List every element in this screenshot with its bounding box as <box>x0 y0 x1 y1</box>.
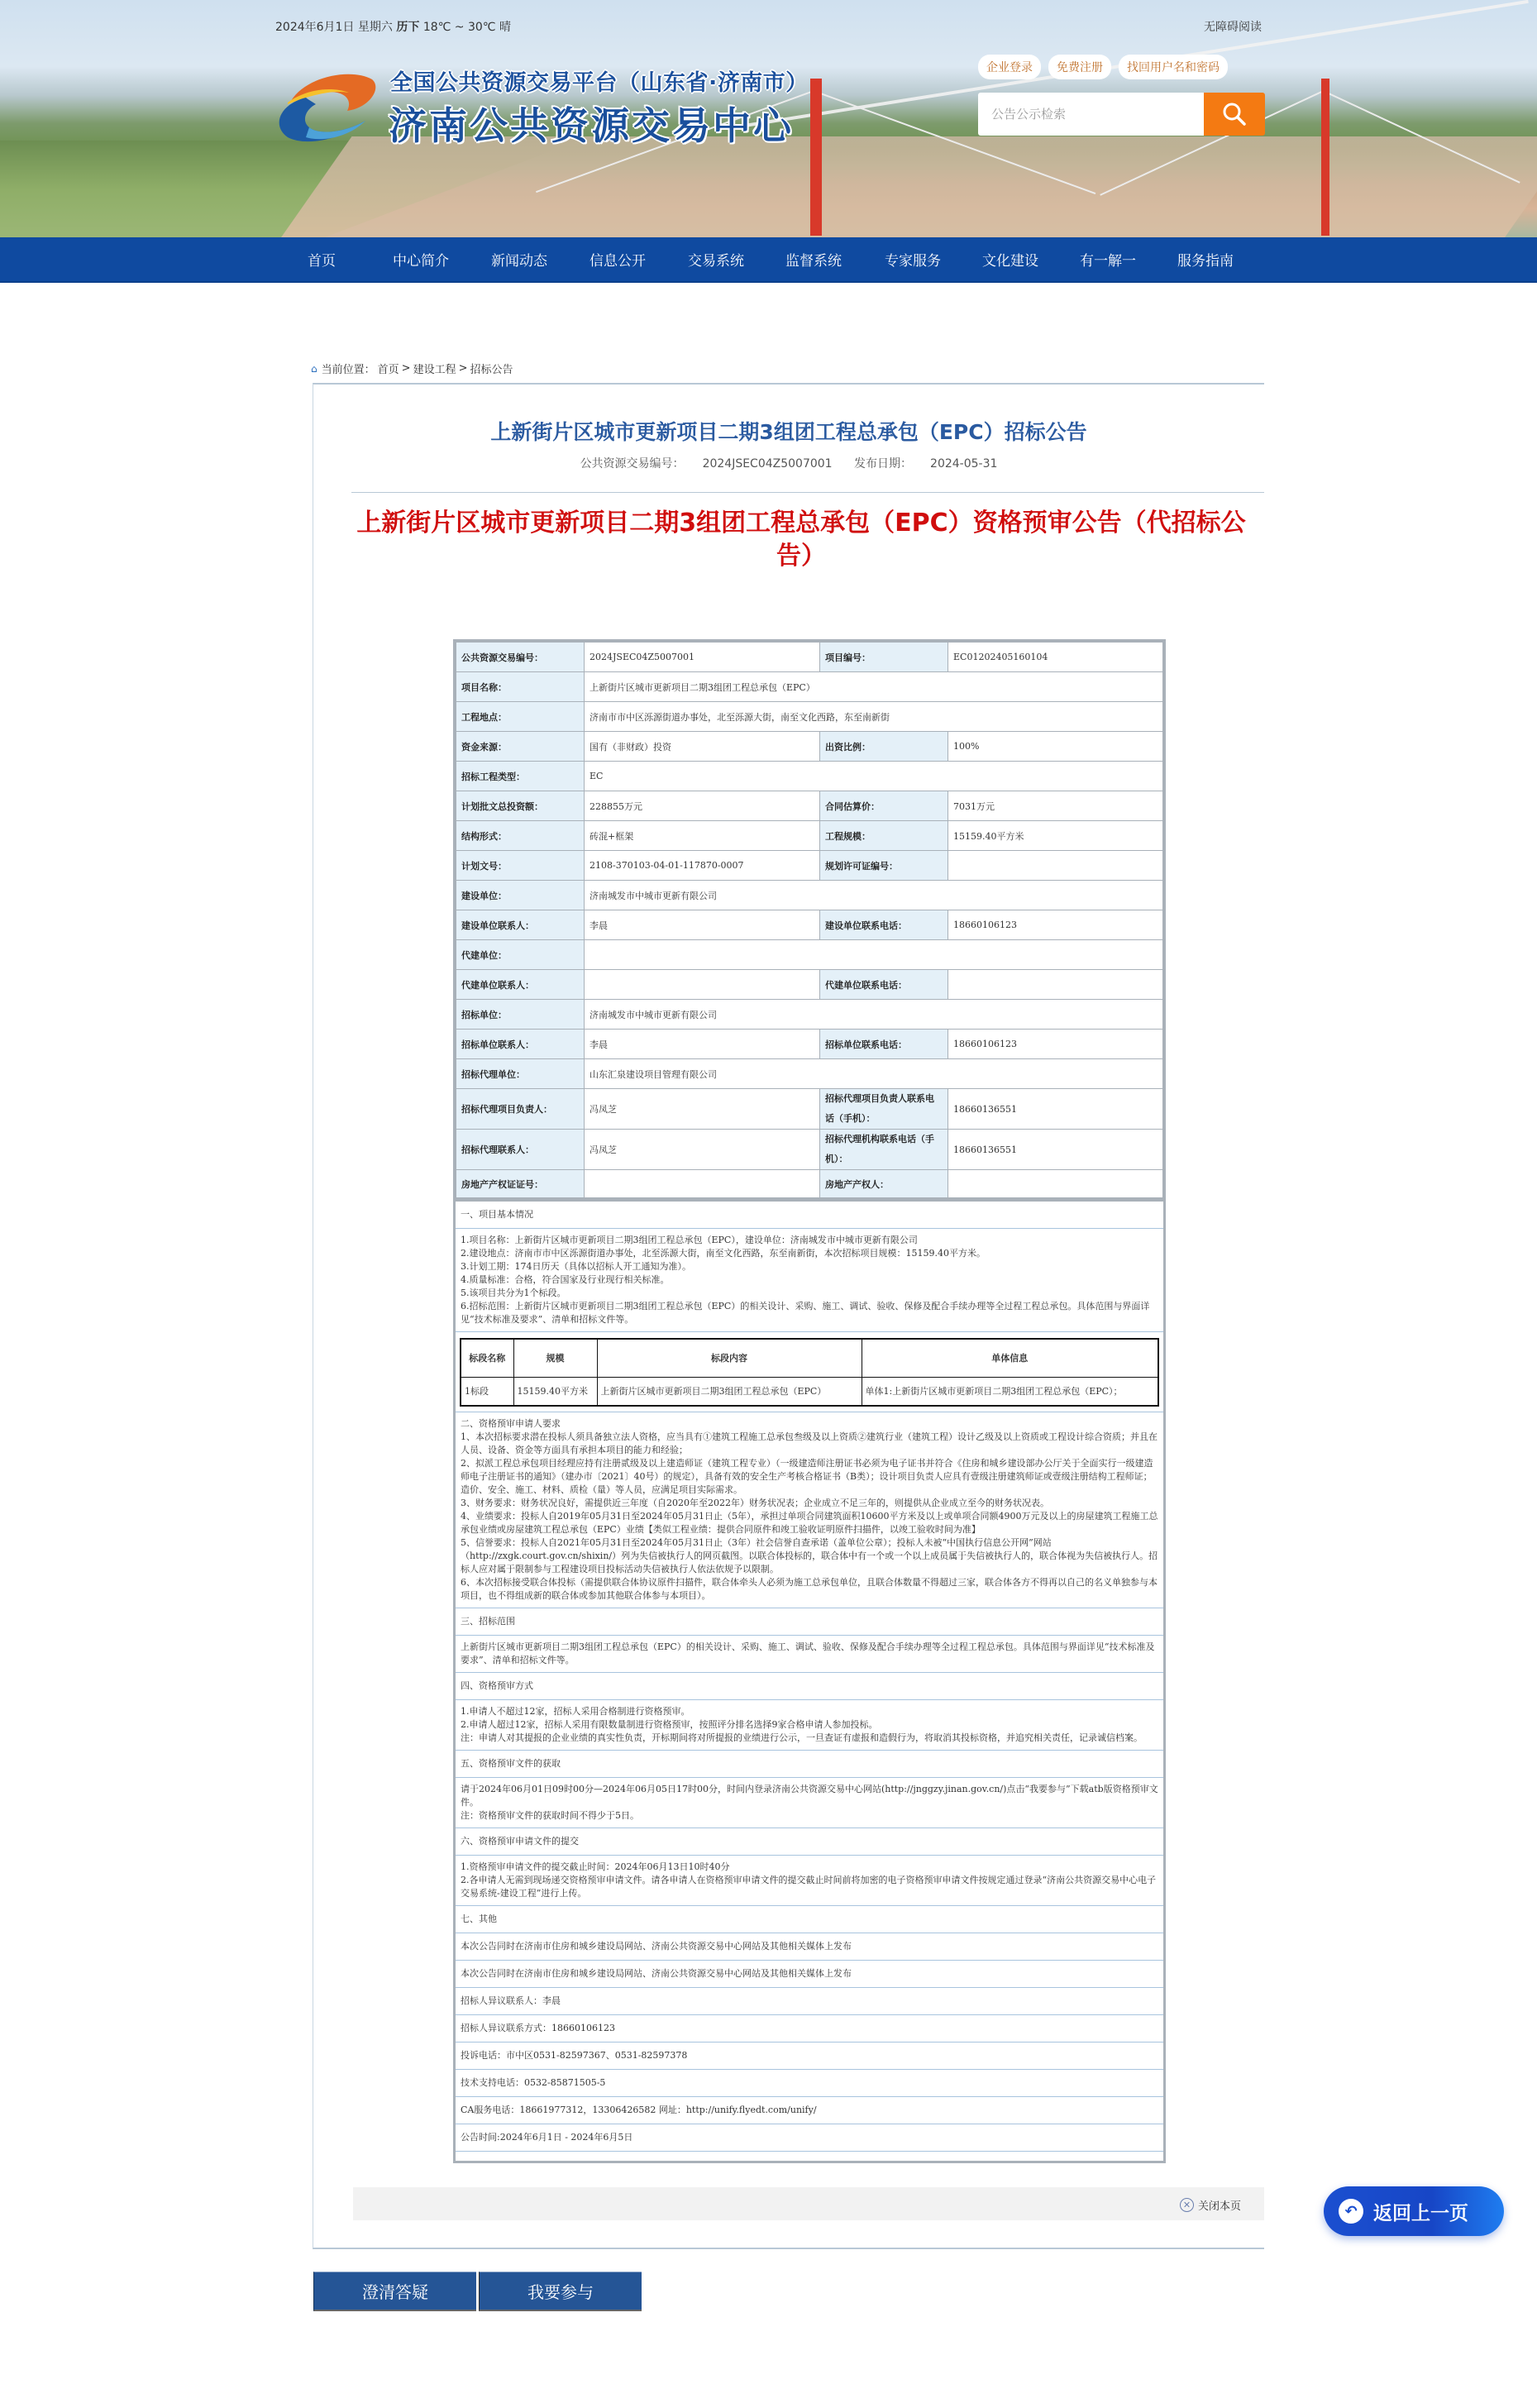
enterprise-login-link[interactable]: 企业登录 <box>978 55 1041 79</box>
header-banner: 2024年6月1日 星期六 历下 18℃ ~ 30℃ 晴 无障碍阅读 全国公共资… <box>0 0 1537 237</box>
logo-center-name: 济南公共资源交易中心 <box>389 96 794 150</box>
section-4-line: 1.申请人不超过12家，招标人采用合格制进行资格预审。 <box>461 1705 1158 1718</box>
table-row: 建设单位联系人：李晨建设单位联系电话：18660106123 <box>456 910 1163 940</box>
field-label: 招标代理机构联系电话（手机）： <box>820 1130 948 1170</box>
field-label: 招标单位联系人： <box>456 1030 585 1059</box>
bid-header-content: 标段内容 <box>597 1339 862 1377</box>
section-2-line: 1、本次招标要求潜在投标人须具备独立法人资格，应当具有①建筑工程施工总承包叁级及… <box>461 1431 1158 1457</box>
field-label: 建设单位联系电话： <box>820 910 948 940</box>
weather-info: 18℃ ~ 30℃ 晴 <box>423 21 511 34</box>
section-6-title: 六、资格预审申请文件的提交 <box>456 1827 1163 1855</box>
nav-about[interactable]: 中心简介 <box>393 249 491 270</box>
field-value: 砖混+框架 <box>585 821 820 851</box>
notice-period: 公告时间:2024年6月1日 - 2024年6月5日 <box>456 2124 1163 2151</box>
field-label: 规划许可证编号： <box>820 851 948 881</box>
section-2-line: 5、信誉要求：投标人自2021年05月31日至2024年05月31日止（3年）社… <box>461 1536 1158 1576</box>
field-value: 18660136551 <box>948 1130 1163 1170</box>
field-value: 18660106123 <box>948 910 1163 940</box>
field-label: 项目编号： <box>820 643 948 672</box>
bid-section-table: 标段名称 规模 标段内容 单体信息 1标段 15159.40平方米 上新街片区城… <box>460 1338 1159 1407</box>
field-label: 招标代理项目负责人联系电话（手机）： <box>820 1089 948 1130</box>
trade-number-value: 2024JSEC04Z5007001 <box>703 457 833 471</box>
field-label: 招标工程类型： <box>456 762 585 791</box>
bid-cell: 15159.40平方米 <box>513 1377 597 1406</box>
field-value: 228855万元 <box>585 791 820 821</box>
weather-city: 历下 <box>396 21 419 34</box>
field-label: 代建单位联系电话： <box>820 970 948 1000</box>
field-label: 房地产产权人： <box>820 1170 948 1200</box>
nav-trading-system[interactable]: 交易系统 <box>688 249 785 270</box>
section-1-line: 4.质量标准：合格，符合国家及行业现行相关标准。 <box>461 1273 1158 1287</box>
close-bar: ✕ 关闭本页 <box>353 2187 1264 2220</box>
section-6-line: 2.各申请人无需到现场递交资格预审申请文件。请各申请人在资格预审申请文件的提交截… <box>461 1874 1158 1900</box>
field-label: 项目名称： <box>456 672 585 702</box>
field-value: 15159.40平方米 <box>948 821 1163 851</box>
table-row: 招标工程类型：EC <box>456 762 1163 791</box>
auth-links: 企业登录 免费注册 找回用户名和密码 <box>978 55 1228 79</box>
notice-heading: 上新街片区城市更新项目二期3组团工程总承包（EPC）资格预审公告（代招标公告） <box>346 507 1256 573</box>
section-5-line: 请于2024年06月01日09时00分—2024年06月05日17时00分，时间… <box>461 1783 1158 1809</box>
nav-qa[interactable]: 有一解一 <box>1080 249 1177 270</box>
field-label: 代建单位： <box>456 940 585 970</box>
bid-section-table-wrap: 标段名称 规模 标段内容 单体信息 1标段 15159.40平方米 上新街片区城… <box>456 1331 1163 1412</box>
table-row: 公共资源交易编号：2024JSEC04Z5007001项目编号：EC012024… <box>456 643 1163 672</box>
field-value: 济南城发市中城市更新有限公司 <box>585 1000 1163 1030</box>
section-2-line: 3、财务要求：财务状况良好，需提供近三年度（自2020年至2022年）财务状况表… <box>461 1497 1158 1510</box>
table-row: 建设单位：济南城发市中城市更新有限公司 <box>456 881 1163 910</box>
table-row: 1标段 15159.40平方米 上新街片区城市更新项目二期3组团工程总承包（EP… <box>461 1377 1158 1406</box>
section-4-title: 四、资格预审方式 <box>456 1672 1163 1699</box>
section-2: 二、资格预审申请人要求 1、本次招标要求潜在投标人须具备独立法人资格，应当具有①… <box>456 1412 1163 1608</box>
project-info-table: 公共资源交易编号：2024JSEC04Z5007001项目编号：EC012024… <box>456 642 1163 1202</box>
field-label: 招标单位联系电话： <box>820 1030 948 1059</box>
table-row: 工程地点：济南市市中区泺源街道办事处，北至泺源大街，南至文化西路，东至南新街 <box>456 702 1163 732</box>
field-label: 房地产产权证证号： <box>456 1170 585 1200</box>
field-value: 济南市市中区泺源街道办事处，北至泺源大街，南至文化西路，东至南新街 <box>585 702 1163 732</box>
home-icon: ⌂ <box>311 363 317 375</box>
complaint-phone: 投诉电话：市中区0531-82597367、0531-82597378 <box>456 2042 1163 2069</box>
field-value <box>948 851 1163 881</box>
field-value: 18660106123 <box>948 1030 1163 1059</box>
table-row: 招标单位联系人：李晨招标单位联系电话：18660106123 <box>456 1030 1163 1059</box>
section-1-line: 1.项目名称：上新街片区城市更新项目二期3组团工程总承包（EPC），建设单位：济… <box>461 1234 1158 1247</box>
publish-date: 发布日期：2024-05-31 <box>854 457 997 471</box>
notice-document: 公共资源交易编号：2024JSEC04Z5007001项目编号：EC012024… <box>453 639 1166 2163</box>
field-label: 建设单位联系人： <box>456 910 585 940</box>
action-buttons: 澄清答疑 我要参与 <box>313 2272 642 2311</box>
register-link[interactable]: 免费注册 <box>1048 55 1111 79</box>
nav-home[interactable]: 首页 <box>308 249 393 270</box>
logo-emblem-icon <box>273 68 379 144</box>
breadcrumb: ⌂ 当前位置： 首页 > 建设工程 > 招标公告 <box>311 361 513 376</box>
field-label: 招标代理联系人： <box>456 1130 585 1170</box>
title-divider <box>351 492 1264 493</box>
nav-news[interactable]: 新闻动态 <box>491 249 590 270</box>
section-2-line: 4、业绩要求：投标人自2019年05月31日至2024年05月31日止（5年），… <box>461 1510 1158 1536</box>
publish-date-label: 发布日期： <box>854 457 912 471</box>
field-value: EC01202405160104 <box>948 643 1163 672</box>
table-row: 项目名称：上新街片区城市更新项目二期3组团工程总承包（EPC） <box>456 672 1163 702</box>
field-label: 工程地点： <box>456 702 585 732</box>
field-label: 公共资源交易编号： <box>456 643 585 672</box>
search-input[interactable] <box>978 93 1204 136</box>
bid-header-scale: 规模 <box>513 1339 597 1377</box>
section-2-title: 二、资格预审申请人要求 <box>461 1417 1158 1431</box>
nav-expert-service[interactable]: 专家服务 <box>885 249 982 270</box>
document-end <box>456 2151 1163 2161</box>
nav-info-public[interactable]: 信息公开 <box>590 249 688 270</box>
search-icon <box>1222 102 1247 127</box>
table-row: 招标单位：济南城发市中城市更新有限公司 <box>456 1000 1163 1030</box>
field-value: 2108-370103-04-01-117870-0007 <box>585 851 820 881</box>
section-5-line: 注：资格预审文件的获取时间不得少于5日。 <box>461 1809 1158 1823</box>
breadcrumb-separator: > <box>402 362 411 375</box>
table-row: 代建单位： <box>456 940 1163 970</box>
section-7-row: 本次公告同时在济南市住房和城乡建设局网站、济南公共资源交易中心网站及其他相关媒体… <box>456 1960 1163 1987</box>
breadcrumb-separator: > <box>459 362 468 375</box>
back-button[interactable]: ↶ 返回上一页 <box>1324 2186 1504 2236</box>
table-row: 招标代理联系人：冯凤芝招标代理机构联系电话（手机）：18660136551 <box>456 1130 1163 1170</box>
current-date: 2024年6月1日 星期六 <box>275 21 393 34</box>
field-value: 18660136551 <box>948 1089 1163 1130</box>
field-value: 国有（非财政）投资 <box>585 732 820 762</box>
table-row: 结构形式：砖混+框架工程规模：15159.40平方米 <box>456 821 1163 851</box>
section-6-line: 1.资格预审申请文件的提交截止时间：2024年06月13日10时40分 <box>461 1861 1158 1874</box>
breadcrumb-label: 当前位置： <box>322 361 375 376</box>
back-button-label: 返回上一页 <box>1373 2198 1468 2225</box>
close-icon: ✕ <box>1180 2198 1194 2212</box>
bid-header-unit-info: 单体信息 <box>862 1339 1158 1377</box>
ca-service: CA服务电话：18661977312，13306426582 网址：http:/… <box>456 2096 1163 2124</box>
field-value: 100% <box>948 732 1163 762</box>
field-label: 工程规模： <box>820 821 948 851</box>
section-7-title: 七、其他 <box>456 1905 1163 1933</box>
table-row: 招标代理单位：山东汇泉建设项目管理有限公司 <box>456 1059 1163 1089</box>
field-label: 资金来源： <box>456 732 585 762</box>
field-value: 7031万元 <box>948 791 1163 821</box>
bid-cell: 1标段 <box>461 1377 513 1406</box>
article-title: 上新街片区城市更新项目二期3组团工程总承包（EPC）招标公告 <box>313 416 1264 446</box>
section-5-body: 请于2024年06月01日09时00分—2024年06月05日17时00分，时间… <box>456 1777 1163 1827</box>
article-meta: 公共资源交易编号：2024JSEC04Z5007001 发布日期：2024-05… <box>313 455 1264 471</box>
section-1-line: 5.该项目共分为1个标段。 <box>461 1287 1158 1300</box>
section-3-body: 上新街片区城市更新项目二期3组团工程总承包（EPC）的相关设计、采购、施工、调试… <box>456 1635 1163 1672</box>
field-label: 出资比例： <box>820 732 948 762</box>
field-label: 结构形式： <box>456 821 585 851</box>
section-4-body: 1.申请人不超过12家，招标人采用合格制进行资格预审。 2.申请人超过12家，招… <box>456 1699 1163 1750</box>
field-value <box>948 1170 1163 1200</box>
field-value: 2024JSEC04Z5007001 <box>585 643 820 672</box>
section-1-body: 1.项目名称：上新街片区城市更新项目二期3组团工程总承包（EPC），建设单位：济… <box>456 1228 1163 1331</box>
breadcrumb-home[interactable]: 首页 <box>378 361 399 376</box>
search-button[interactable] <box>1204 93 1265 136</box>
table-row: 代建单位联系人：代建单位联系电话： <box>456 970 1163 1000</box>
section-7-row: 本次公告同时在济南市住房和城乡建设局网站、济南公共资源交易中心网站及其他相关媒体… <box>456 1933 1163 1960</box>
breadcrumb-tender-notice[interactable]: 招标公告 <box>470 361 513 376</box>
section-3-title: 三、招标范围 <box>456 1608 1163 1635</box>
nav-supervision-system[interactable]: 监督系统 <box>785 249 885 270</box>
field-value <box>585 1170 820 1200</box>
breadcrumb-construction[interactable]: 建设工程 <box>413 361 456 376</box>
field-label: 代建单位联系人： <box>456 970 585 1000</box>
bid-header-name: 标段名称 <box>461 1339 513 1377</box>
field-label: 建设单位： <box>456 881 585 910</box>
tech-support-phone: 技术支持电话：0532-85871505-5 <box>456 2069 1163 2096</box>
banner-tower-decoration <box>810 79 822 236</box>
table-row: 招标代理项目负责人：冯凤芝招标代理项目负责人联系电话（手机）：186601365… <box>456 1089 1163 1130</box>
bid-cell: 上新街片区城市更新项目二期3组团工程总承包（EPC） <box>597 1377 862 1406</box>
table-row: 计划文号：2108-370103-04-01-117870-0007规划许可证编… <box>456 851 1163 881</box>
field-value <box>585 940 1163 970</box>
table-row: 资金来源：国有（非财政）投资出资比例：100% <box>456 732 1163 762</box>
section-1-line: 6.招标范围：上新街片区城市更新项目二期3组团工程总承包（EPC）的相关设计、采… <box>461 1300 1158 1326</box>
trade-number: 公共资源交易编号：2024JSEC04Z5007001 <box>580 457 833 471</box>
section-4-line: 注：申请人对其提报的企业业绩的真实性负责，开标期间将对所提报的业绩进行公示，一旦… <box>461 1732 1158 1745</box>
nav-service-guide[interactable]: 服务指南 <box>1177 249 1275 270</box>
section-5-title: 五、资格预审文件的获取 <box>456 1750 1163 1777</box>
field-value <box>948 970 1163 1000</box>
field-label: 计划批文总投资额： <box>456 791 585 821</box>
section-1-line: 3.计划工期：174日历天（具体以招标人开工通知为准）。 <box>461 1260 1158 1273</box>
field-label: 招标代理单位： <box>456 1059 585 1089</box>
section-1-line: 2.建设地点：济南市市中区泺源街道办事处，北至泺源大街，南至文化西路，东至南新街… <box>461 1247 1158 1260</box>
trade-number-label: 公共资源交易编号： <box>580 457 685 471</box>
date-weather: 2024年6月1日 星期六 历下 18℃ ~ 30℃ 晴 <box>275 18 511 35</box>
section-4-line: 2.申请人超过12家，招标人采用有限数量制进行资格预审，按照评分排名选择9家合格… <box>461 1718 1158 1732</box>
section-6-body: 1.资格预审申请文件的提交截止时间：2024年06月13日10时40分 2.各申… <box>456 1855 1163 1905</box>
bid-cell: 单体1:上新街片区城市更新项目二期3组团工程总承包（EPC）； <box>862 1377 1158 1406</box>
banner-tower-decoration <box>1321 79 1329 236</box>
recover-account-link[interactable]: 找回用户名和密码 <box>1119 55 1228 79</box>
publish-date-value: 2024-05-31 <box>930 457 997 471</box>
close-page-button[interactable]: ✕ 关闭本页 <box>1180 2197 1241 2213</box>
field-value: 上新街片区城市更新项目二期3组团工程总承包（EPC） <box>585 672 1163 702</box>
participate-button[interactable]: 我要参与 <box>479 2272 642 2311</box>
field-label: 合同估算价： <box>820 791 948 821</box>
search-box <box>978 93 1265 136</box>
site-logo[interactable]: 全国公共资源交易平台（山东省·济南市） 济南公共资源交易中心 <box>273 64 802 147</box>
field-value: 济南城发市中城市更新有限公司 <box>585 881 1163 910</box>
section-1-title: 一、项目基本情况 <box>456 1202 1163 1228</box>
close-page-label: 关闭本页 <box>1198 2197 1241 2213</box>
field-label: 计划文号： <box>456 851 585 881</box>
field-value <box>585 970 820 1000</box>
objection-phone: 招标人异议联系方式：18660106123 <box>456 2014 1163 2042</box>
accessibility-link[interactable]: 无障碍阅读 <box>1204 18 1262 35</box>
nav-culture[interactable]: 文化建设 <box>982 249 1080 270</box>
main-nav: 首页 中心简介 新闻动态 信息公开 交易系统 监督系统 专家服务 文化建设 有一… <box>0 237 1537 283</box>
field-value: 李晨 <box>585 1030 820 1059</box>
field-value: EC <box>585 762 1163 791</box>
section-2-line: 2、拟派工程总承包项目经理应持有注册贰级及以上建造师证（建筑工程专业）（一级建造… <box>461 1457 1158 1497</box>
section-2-line: 6、本次招标接受联合体投标（需提供联合体协议原件扫描件，联合体牵头人必须为施工总… <box>461 1576 1158 1603</box>
clarification-button[interactable]: 澄清答疑 <box>313 2272 476 2311</box>
field-label: 招标代理项目负责人： <box>456 1089 585 1130</box>
field-value: 山东汇泉建设项目管理有限公司 <box>585 1059 1163 1089</box>
objection-contact: 招标人异议联系人：李晨 <box>456 1987 1163 2014</box>
table-row: 计划批文总投资额：228855万元合同估算价：7031万元 <box>456 791 1163 821</box>
return-arrow-icon: ↶ <box>1339 2199 1363 2224</box>
logo-platform-name: 全国公共资源交易平台（山东省·济南市） <box>390 64 809 97</box>
field-value: 冯凤芝 <box>585 1130 820 1170</box>
table-row: 房地产产权证证号：房地产产权人： <box>456 1170 1163 1200</box>
field-value: 冯凤芝 <box>585 1089 820 1130</box>
field-value: 李晨 <box>585 910 820 940</box>
field-label: 招标单位： <box>456 1000 585 1030</box>
